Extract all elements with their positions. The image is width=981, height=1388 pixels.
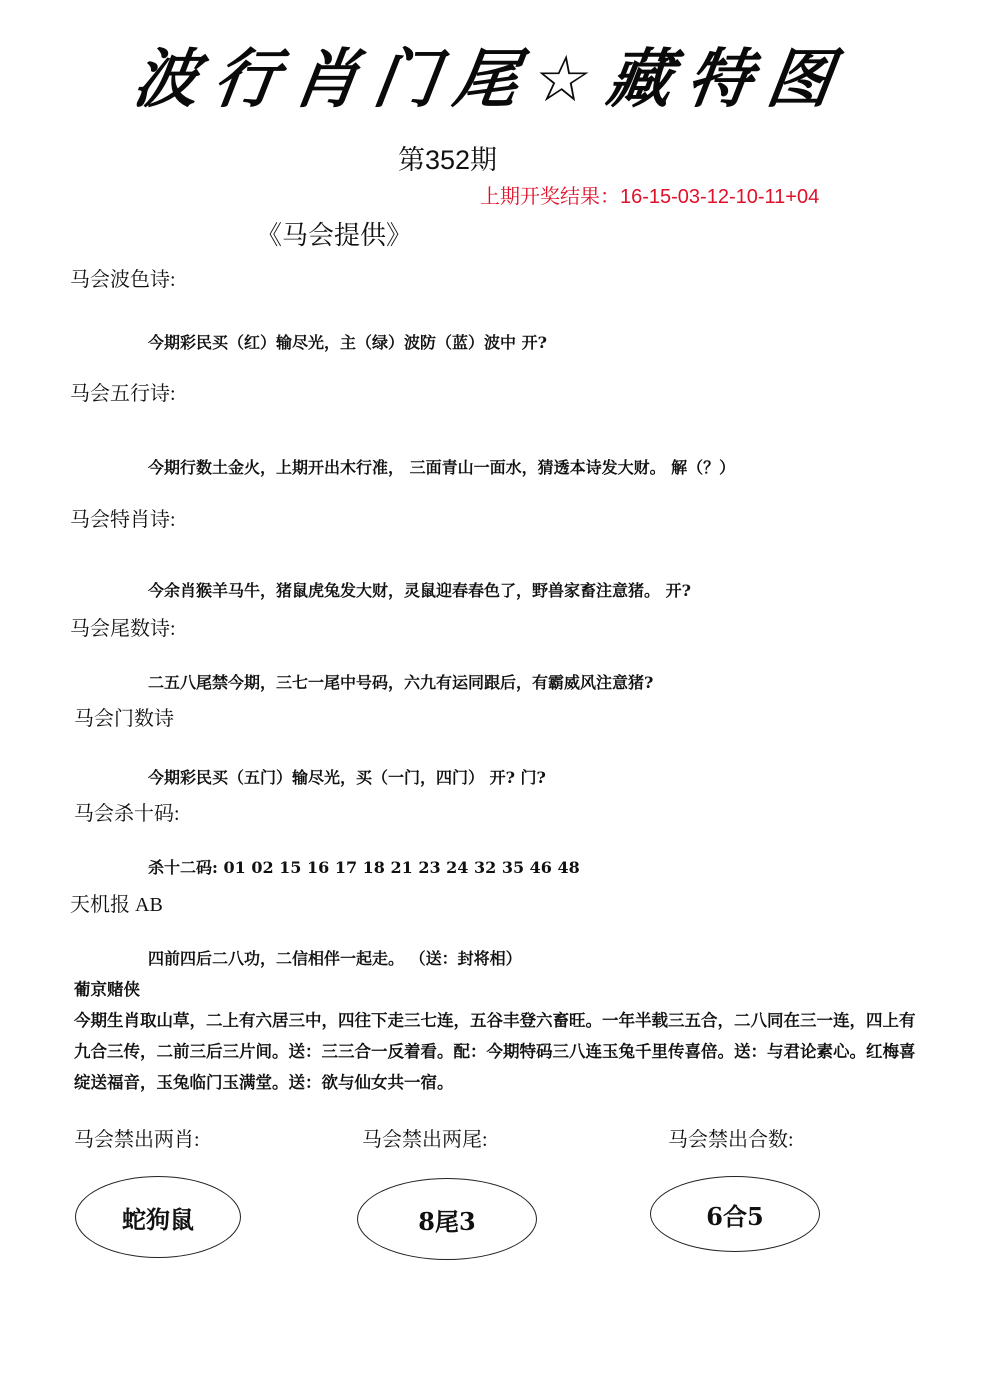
section-label-gambler: 葡京赌侠 [74, 976, 140, 1000]
section-label-tianjibao: 天机报 AB [70, 888, 163, 917]
kill-numbers-list: 杀十二码: 01 02 15 16 17 18 21 23 24 32 35 4… [148, 855, 580, 878]
ban-value-sum: 6合5 [650, 1176, 820, 1252]
section-label-special-zodiac: 马会特肖诗: [70, 503, 176, 532]
section-label-kill-numbers: 马会杀十码: [74, 797, 180, 826]
page-title: 波行肖门尾☆藏特图 [129, 28, 855, 120]
poem-special-zodiac: 今余肖猴羊马牛，猪鼠虎兔发大财，灵鼠迎春春色了，野兽家畜注意猪。 开? [148, 578, 691, 601]
last-draw-result: 上期开奖结果：16-15-03-12-10-11+04 [480, 180, 819, 209]
poem-five-elements: 今期行数土金火，上期开出木行准， 三面青山一面水，猜透本诗发大财。 解（？） [148, 455, 735, 478]
section-label-five-elements: 马会五行诗: [70, 377, 176, 406]
poem-gate-number: 今期彩民买（五门）输尽光，买（一门，四门） 开? 门? [148, 765, 546, 788]
ban-value-tail: 8尾3 [357, 1178, 537, 1260]
section-label-tail-number: 马会尾数诗: [70, 612, 176, 641]
poem-tail-number: 二五八尾禁今期，三七一尾中号码，六九有运同跟后，有霸威风注意猪? [148, 670, 653, 693]
ban-label-zodiac: 马会禁出两肖: [74, 1123, 200, 1152]
ban-label-sum: 马会禁出合数: [668, 1123, 794, 1152]
poem-tianjibao: 四前四后二八功，二信相伴一起走。 （送：封将相） [148, 946, 522, 969]
gambler-paragraph: 今期生肖取山草，二上有六居三中，四往下走三七连，五谷丰登六畜旺。一年半载三五合，… [74, 1005, 924, 1098]
poem-wave-color: 今期彩民买（红）输尽光，主（绿）波防（蓝）波中 开? [148, 330, 547, 353]
ban-value-zodiac: 蛇狗鼠 [75, 1176, 241, 1258]
ban-label-tail: 马会禁出两尾: [362, 1123, 488, 1152]
section-label-wave-color: 马会波色诗: [70, 263, 176, 292]
provider-label: 《马会提供》 [256, 215, 412, 252]
section-label-gate-number: 马会门数诗 [74, 702, 174, 731]
issue-number: 第352期 [398, 138, 497, 177]
